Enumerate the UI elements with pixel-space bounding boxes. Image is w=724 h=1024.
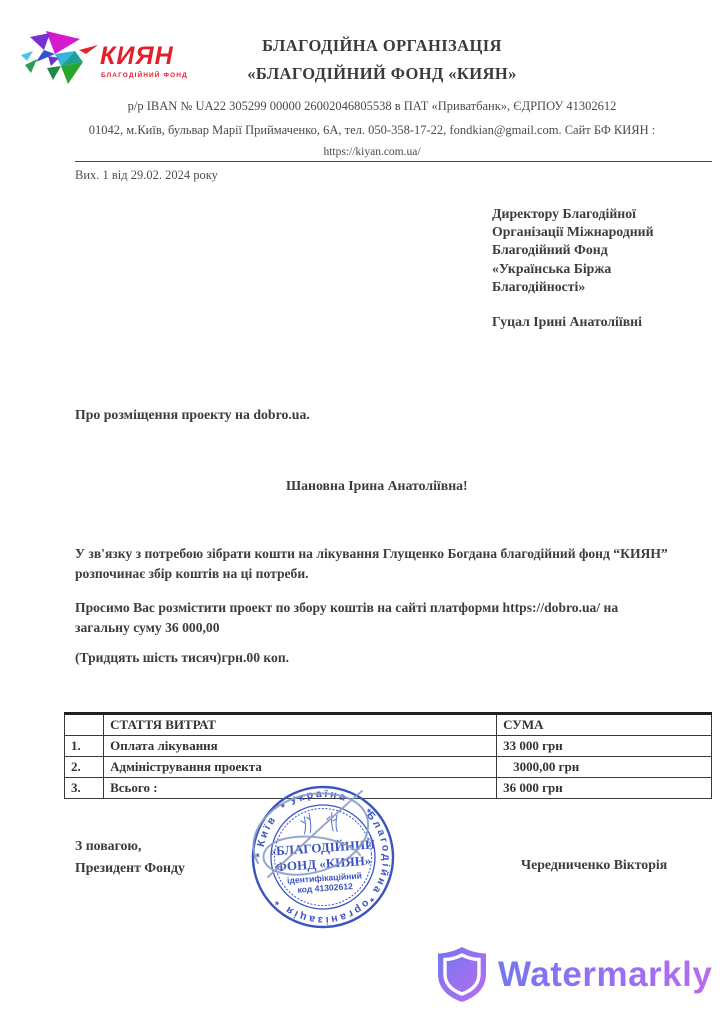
signature xyxy=(240,785,400,895)
svg-text:організація: організація xyxy=(281,897,373,929)
recipient-line: Благодійності» xyxy=(492,278,692,296)
letter-page: КИЯН БЛАГОДІЙНИЙ ФОНД БЛАГОДІЙНА ОРГАНІЗ… xyxy=(0,0,724,1024)
header-divider xyxy=(75,161,712,162)
row-sum: 3000,00 грн xyxy=(497,757,712,778)
recipient-line: Директору Благодійної xyxy=(492,205,692,223)
row-num: 3. xyxy=(65,778,104,799)
recipient-block: Директору Благодійної Організації Міжнар… xyxy=(492,205,692,331)
row-item: Адміністрування проекта xyxy=(104,757,497,778)
watermark-badge: Watermarkly xyxy=(436,946,712,1003)
bank-details: р/р IBAN № UA22 305299 00000 26002046805… xyxy=(20,99,724,114)
table-row: 1. Оплата лікування 33 000 грн xyxy=(65,736,712,757)
salutation: Шановна Ірина Анатоліївна! xyxy=(286,478,468,494)
website-url: https://kiyan.com.ua/ xyxy=(20,146,724,158)
row-sum: 33 000 грн xyxy=(497,736,712,757)
recipient-name: Гуцал Ірині Анатоліївні xyxy=(492,313,692,331)
shield-icon xyxy=(436,946,488,1003)
row-sum: 36 000 грн xyxy=(497,778,712,799)
body-paragraph-3: (Тридцять шість тисяч)грн.00 коп. xyxy=(75,648,675,668)
org-title-line2: «БЛАГОДІЙНИЙ ФОНД «КИЯН» xyxy=(40,64,724,84)
body-paragraph-2: Просимо Вас розмістити проект по збору к… xyxy=(75,598,675,637)
col-header-item: СТАТТЯ ВИТРАТ xyxy=(104,714,497,736)
table-header-row: СТАТТЯ ВИТРАТ СУМА xyxy=(65,714,712,736)
org-title-line1: БЛАГОДІЙНА ОРГАНІЗАЦІЯ xyxy=(40,36,724,56)
signer-name: Чередниченко Вікторія xyxy=(521,857,667,873)
subject-line: Про розміщення проекту на dobro.ua. xyxy=(75,407,310,423)
address-line: 01042, м.Київ, бульвар Марії Приймаченко… xyxy=(20,123,724,138)
body-paragraph-1: У зв'язку з потребою зібрати кошти на лі… xyxy=(75,544,675,583)
stamp-ring-bottom: організація xyxy=(281,897,373,929)
closing-regards: З повагою, xyxy=(75,838,141,854)
col-header-sum: СУМА xyxy=(497,714,712,736)
row-num: 1. xyxy=(65,736,104,757)
row-item: Оплата лікування xyxy=(104,736,497,757)
closing-title: Президент Фонду xyxy=(75,860,185,876)
watermark-label: Watermarkly xyxy=(498,955,712,995)
recipient-line: Організації Міжнародний xyxy=(492,223,692,241)
recipient-line: Благодійний Фонд xyxy=(492,241,692,259)
col-header-num xyxy=(65,714,104,736)
reference-number: Вих. 1 від 29.02. 2024 року xyxy=(75,168,218,183)
row-num: 2. xyxy=(65,757,104,778)
recipient-line: «Українська Біржа xyxy=(492,260,692,278)
